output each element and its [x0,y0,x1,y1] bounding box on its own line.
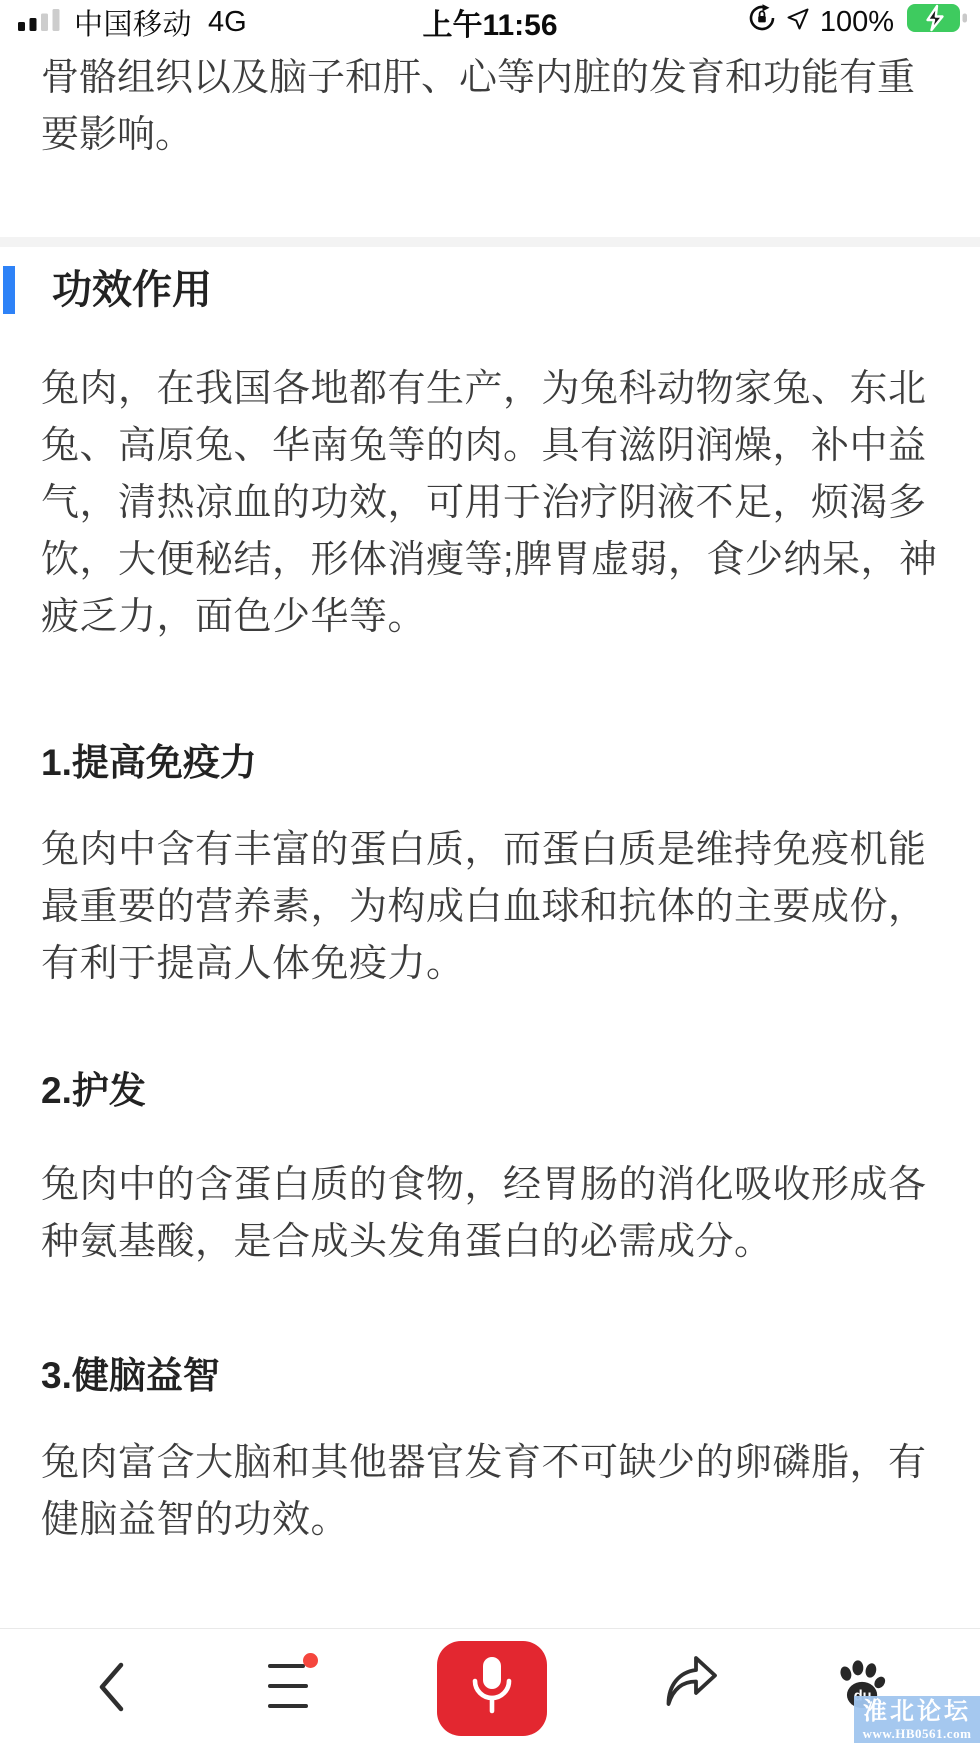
network-type-label: 4G [208,6,247,39]
microphone-icon [468,1653,516,1724]
benefit-3-heading: 3.健脑益智 [0,1354,980,1398]
share-arrow-icon [660,1698,720,1715]
forum-watermark: 淮北论坛 www.HB0561.com [854,1696,980,1743]
section-title: 功效作用 [52,268,212,312]
location-arrow-icon [786,6,810,39]
benefit-2-body: 兔肉中的含蛋白质的食物，经胃肠的消化吸收形成各种氨基酸，是合成头发角蛋白的必需成… [0,1157,980,1271]
battery-charging-icon [906,3,968,41]
battery-percent-label: 100% [820,6,894,39]
back-chevron-icon [96,1700,126,1717]
back-button[interactable] [96,1661,126,1713]
menu-button[interactable] [264,1653,326,1711]
benefit-1-heading: 1.提高免疫力 [0,741,980,785]
bottom-toolbar: du [0,1628,980,1743]
watermark-site-name: 淮北论坛 [854,1698,980,1726]
status-right-group: 100% [748,3,968,41]
carrier-label: 中国移动 [74,2,192,43]
status-left-group: 中国移动 4G [18,2,247,43]
benefit-3-body: 兔肉富含大脑和其他器官发育不可缺少的卵磷脂，有健脑益智的功效。 [0,1435,980,1549]
benefit-1-body: 兔肉中含有丰富的蛋白质，而蛋白质是维持免疫机能最重要的营养素，为构成白血球和抗体… [0,822,980,993]
section-intro-paragraph: 兔肉，在我国各地都有生产，为兔科动物家兔、东北兔、高原兔、华南兔等的肉。具有滋阴… [0,361,980,646]
heading-accent-bar [3,266,15,314]
hamburger-menu-icon [268,1664,308,1724]
section-divider [0,237,980,247]
voice-search-button[interactable] [437,1641,547,1736]
section-heading: 功效作用 [0,267,980,313]
benefit-2-heading: 2.护发 [0,1069,980,1113]
watermark-site-url: www.HB0561.com [854,1726,980,1741]
notification-badge-dot [303,1653,318,1668]
orientation-lock-icon [748,4,776,40]
cellular-signal-icon [18,6,64,39]
share-button[interactable] [660,1653,720,1711]
status-bar: 中国移动 4G 上午11:56 100% [0,0,980,44]
intro-paragraph: 骨骼组织以及脑子和肝、心等内脏的发育和功能有重要影响。 [0,44,980,164]
